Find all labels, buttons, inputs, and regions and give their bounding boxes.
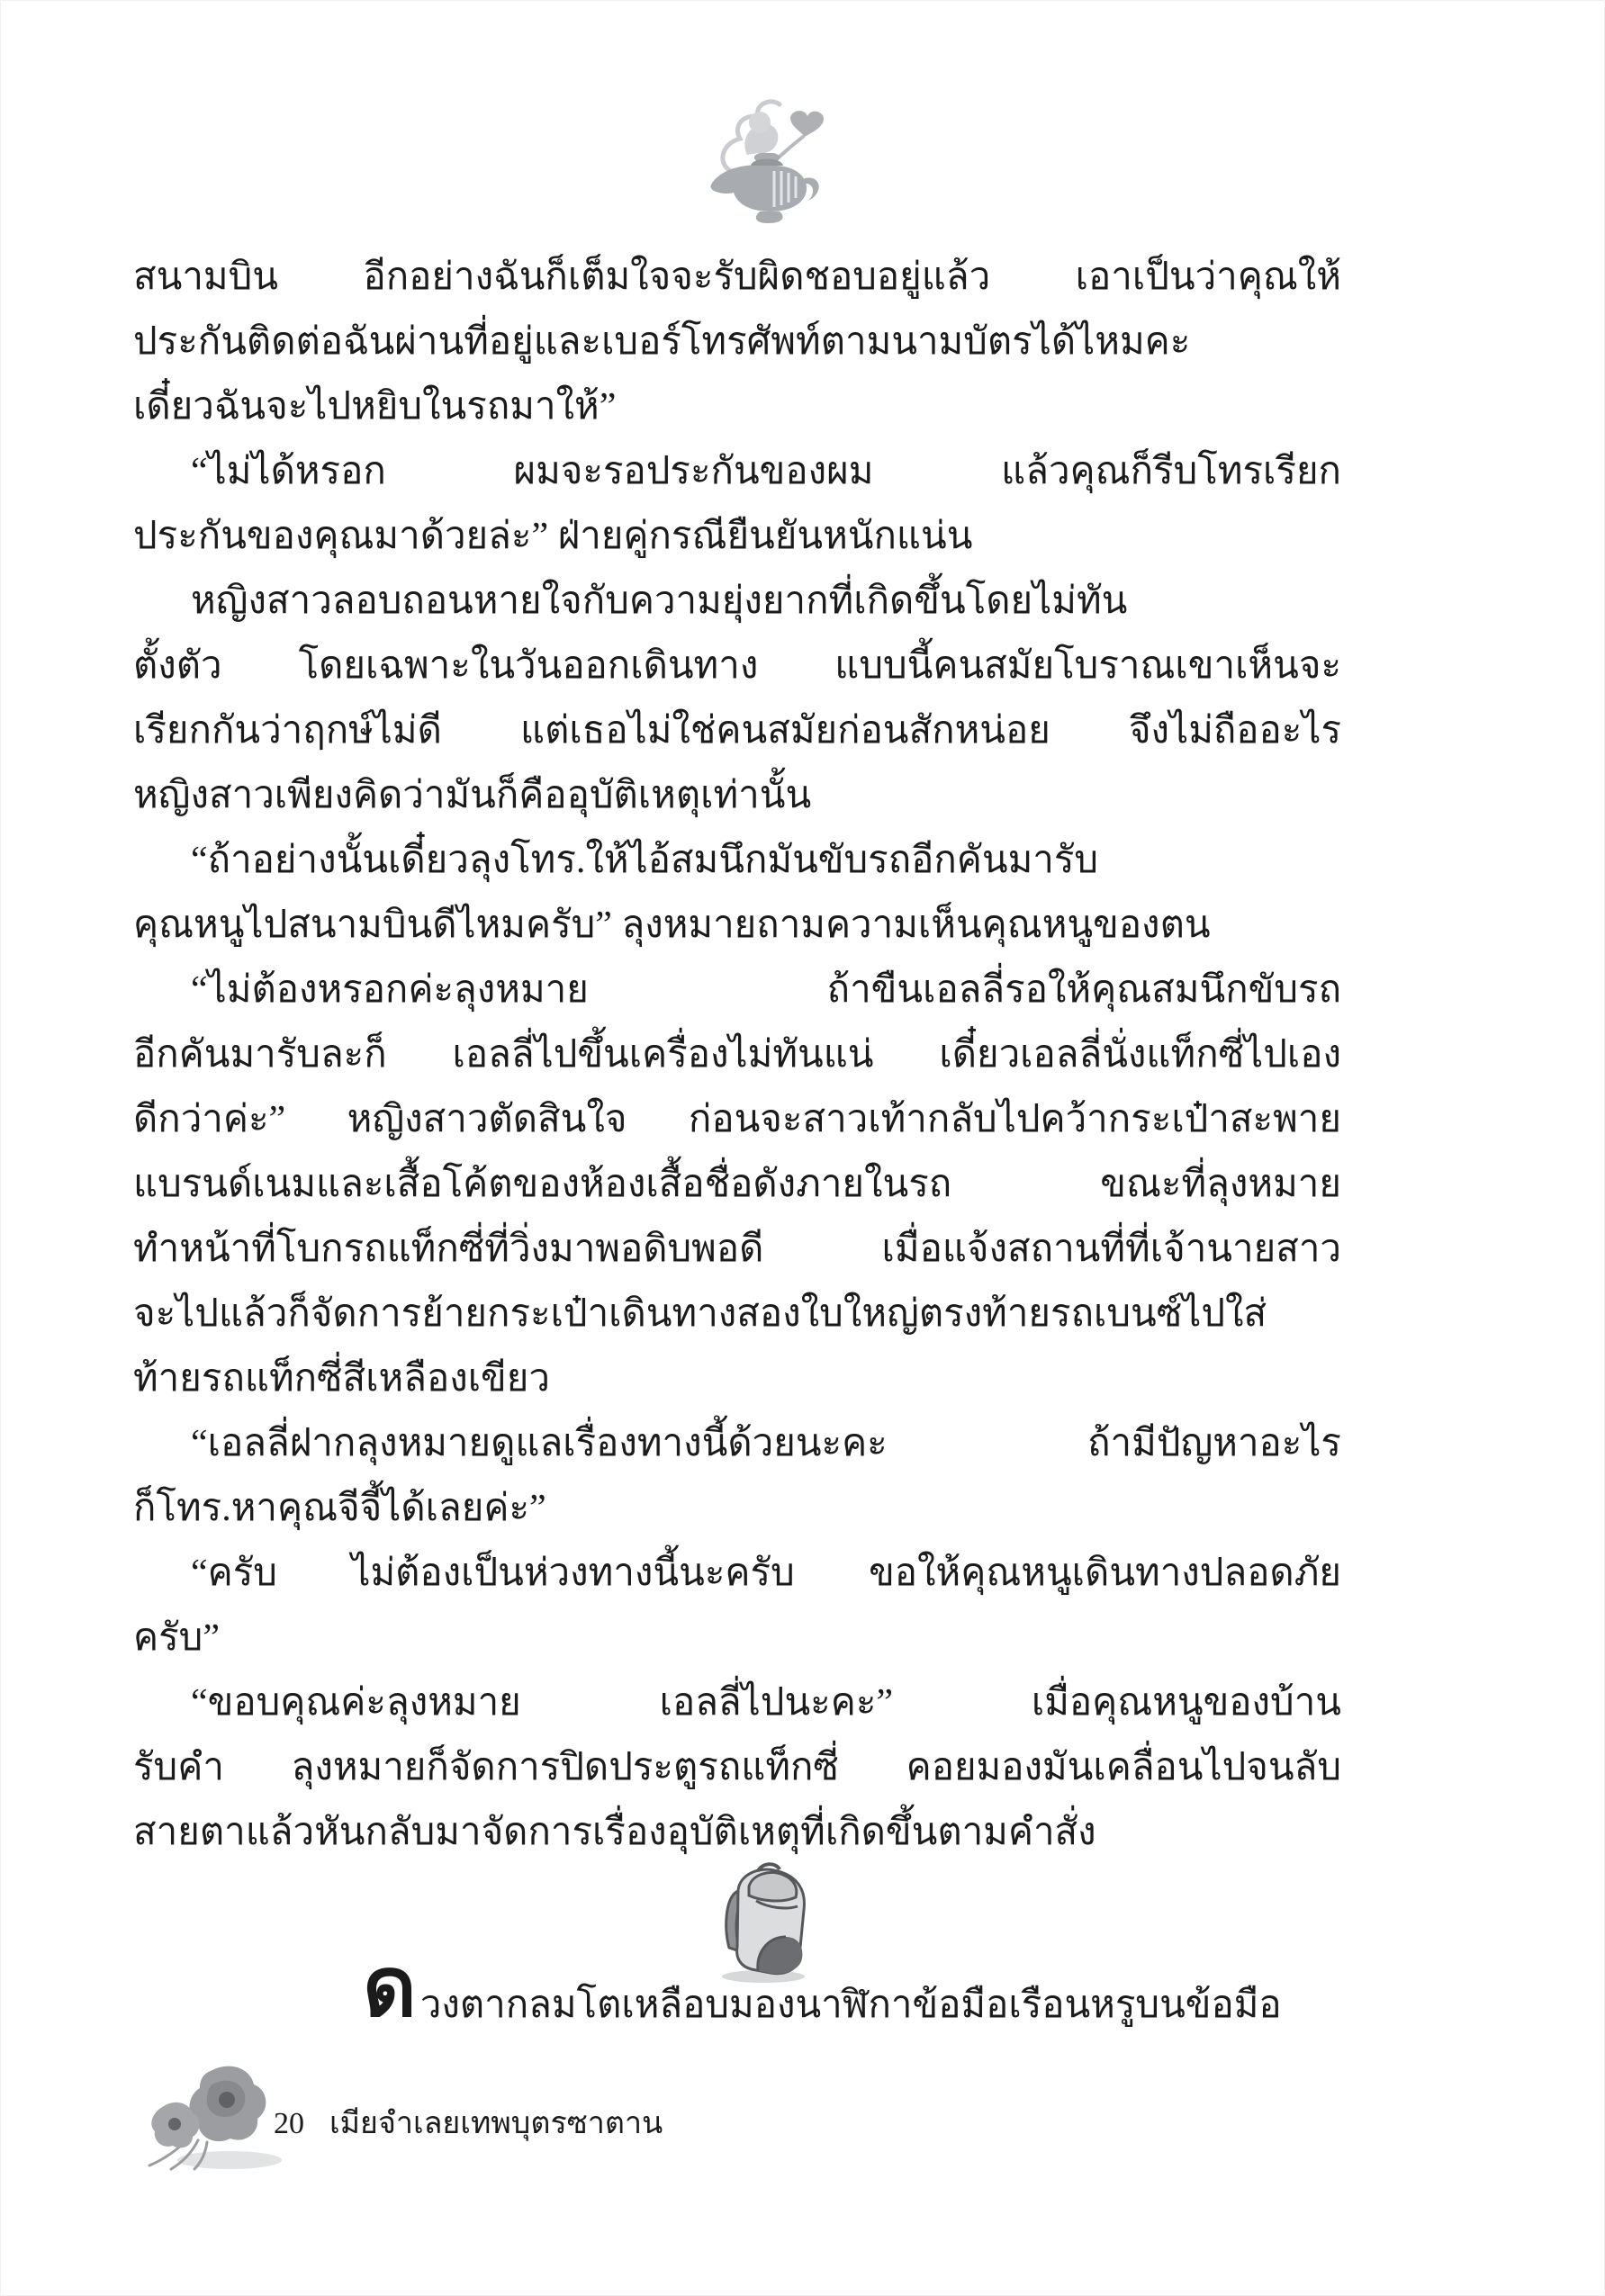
text-line: ตั้งตัว โดยเฉพาะในวันออกเดินทาง แบบนี้คน… <box>133 634 1341 698</box>
text-line: หญิงสาวลอบถอนหายใจกับความยุ่งยากที่เกิดข… <box>133 569 1341 634</box>
text-line: “ครับ ไม่ต้องเป็นห่วงทางนี้นะครับ ขอให้ค… <box>133 1541 1341 1606</box>
text-line: ทำหน้าที่โบกรถแท็กซี่ที่วิ่งมาพอดิบพอดี … <box>133 1217 1341 1282</box>
running-book-title: เมียจำเลยเทพบุตรซาตาน <box>329 2104 663 2144</box>
page-number: 20 <box>274 2104 304 2144</box>
section-opening: ด วงตากลมโตเหลือบมองนาฬิกาข้อมือเรือนหรู… <box>363 1946 1353 2029</box>
text-line: หญิงสาวเพียงคิดว่ามันก็คืออุบัติเหตุเท่า… <box>133 763 1341 828</box>
text-line: ก็โทร.หาคุณจีจี้ได้เลยค่ะ” <box>133 1476 1341 1541</box>
text-line: จะไปแล้วก็จัดการย้ายกระเป๋าเดินทางสองใบใ… <box>133 1282 1341 1346</box>
text-line: สายตาแล้วหันกลับมาจัดการเรื่องอุบัติเหตุ… <box>133 1800 1341 1865</box>
text-line: เดี๋ยวฉันจะไปหยิบในรถมาให้” <box>133 374 1341 439</box>
text-line: ดีกว่าค่ะ” หญิงสาวตัดสินใจ ก่อนจะสาวเท้า… <box>133 1087 1341 1152</box>
text-line: ท้ายรถแท็กซี่สีเหลืองเขียว <box>133 1346 1341 1411</box>
text-line: แบรนด์เนมและเสื้อโค้ตของห้องเสื้อชื่อดัง… <box>133 1152 1341 1217</box>
text-line: เรียกกันว่าฤกษ์ไม่ดี แต่เธอไม่ใช่คนสมัยก… <box>133 698 1341 763</box>
text-line: สนามบิน อีกอย่างฉันก็เต็มใจจะรับผิดชอบอย… <box>133 245 1341 310</box>
body-text: สนามบิน อีกอย่างฉันก็เต็มใจจะรับผิดชอบอย… <box>133 245 1341 1865</box>
text-line: รับคำ ลุงหมายก็จัดการปิดประตูรถแท็กซี่ ค… <box>133 1735 1341 1800</box>
text-line: “ไม่ต้องหรอกค่ะลุงหมาย ถ้าขืนเอลลี่รอให้… <box>133 958 1341 1022</box>
text-line: “ไม่ได้หรอก ผมจะรอประกันของผม แล้วคุณก็ร… <box>133 439 1341 504</box>
section-opening-text: วงตากลมโตเหลือบมองนาฬิกาข้อมือเรือนหรูบน… <box>420 1984 1282 2027</box>
book-page: สนามบิน อีกอย่างฉันก็เต็มใจจะรับผิดชอบอย… <box>0 0 1605 2296</box>
text-line: “เอลลี่ฝากลุงหมายดูแลเรื่องทางนี้ด้วยนะค… <box>133 1411 1341 1476</box>
text-line: “ถ้าอย่างนั้นเดี๋ยวลุงโทร.ให้ไอ้สมนึกมัน… <box>133 828 1341 893</box>
drop-cap: ด <box>363 1946 417 2029</box>
text-line: อีกคันมารับละก็ เอลลี่ไปขึ้นเครื่องไม่ทั… <box>133 1022 1341 1087</box>
flower-ornament-icon <box>144 2059 288 2176</box>
text-line: “ขอบคุณค่ะลุงหมาย เอลลี่ไปนะคะ” เมื่อคุณ… <box>133 1670 1341 1735</box>
text-line: คุณหนูไปสนามบินดีไหมครับ” ลุงหมายถามความ… <box>133 893 1341 958</box>
text-line: ครับ” <box>133 1606 1341 1670</box>
text-line: ประกันของคุณมาด้วยล่ะ” ฝ่ายคู่กรณียืนยัน… <box>133 504 1341 569</box>
text-line: ประกันติดต่อฉันผ่านที่อยู่และเบอร์โทรศัพ… <box>133 310 1341 374</box>
genie-lamp-ornament-icon <box>708 97 825 228</box>
